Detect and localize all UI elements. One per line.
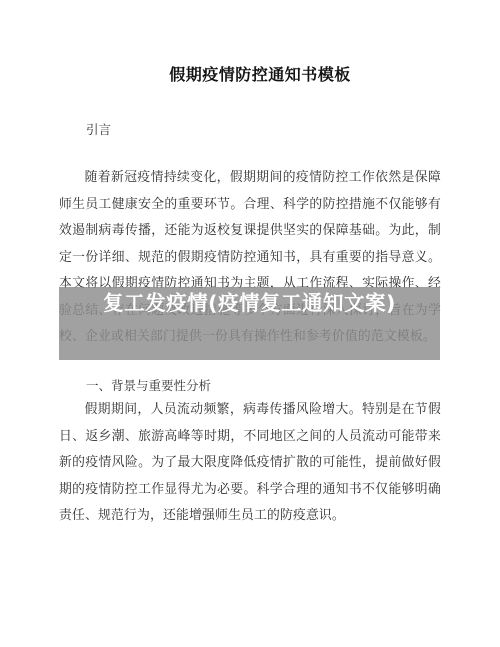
section-1-heading: 一、背景与重要性分析 xyxy=(86,376,211,394)
document-page: 假期疫情防控通知书模板 引言 随着新冠疫情持续变化，假期期间的疫情防控工作依然是… xyxy=(0,0,500,647)
document-title: 假期疫情防控通知书模板 xyxy=(0,62,500,85)
banner-title: 复工发疫情(疫情复工通知文案) xyxy=(59,289,440,317)
intro-heading: 引言 xyxy=(86,120,111,138)
section-1-paragraph: 假期期间，人员流动频繁，病毒传播风险增大。特别是在节假日、返乡潮、旅游高峰等时期… xyxy=(59,397,441,530)
